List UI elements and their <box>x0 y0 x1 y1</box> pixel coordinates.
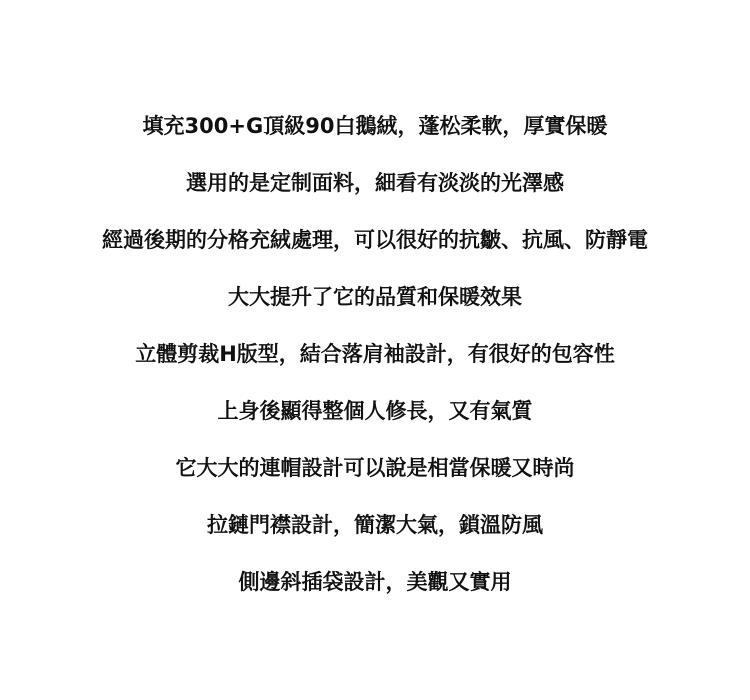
description-line-zipper: 拉鏈門襟設計，簡潔大氣，鎖溫防風 <box>0 497 750 554</box>
description-line-cut: 立體剪裁H版型，結合落肩袖設計，有很好的包容性 <box>0 326 750 383</box>
description-line-quality: 大大提升了它的品質和保暖效果 <box>0 269 750 326</box>
description-line-hood: 它大大的連帽設計可以說是相當保暖又時尚 <box>0 440 750 497</box>
description-line-treatment: 經過後期的分格充絨處理，可以很好的抗皺、抗風、防靜電 <box>0 212 750 269</box>
description-line-fit: 上身後顯得整個人修長，又有氣質 <box>0 383 750 440</box>
description-line-fabric: 選用的是定制面料，細看有淡淡的光澤感 <box>0 155 750 212</box>
product-description: 填充300+G頂級90白鵝絨，蓬松柔軟，厚實保暖 選用的是定制面料，細看有淡淡的… <box>0 98 750 611</box>
description-line-filling: 填充300+G頂級90白鵝絨，蓬松柔軟，厚實保暖 <box>0 98 750 155</box>
description-line-pockets: 側邊斜插袋設計，美觀又實用 <box>0 554 750 611</box>
